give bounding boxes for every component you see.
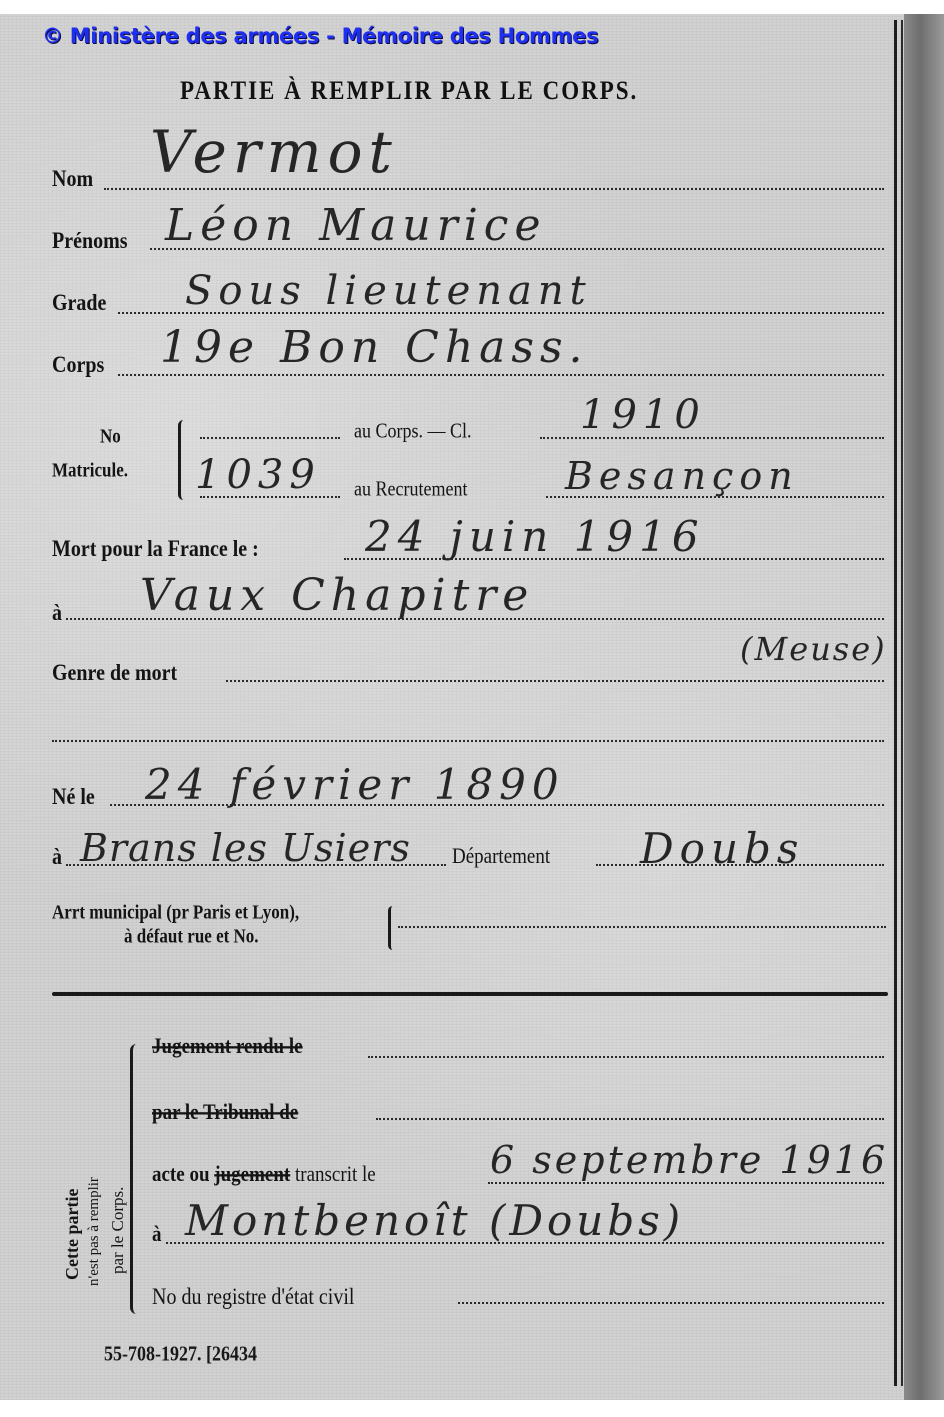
nom-label: Nom <box>52 167 93 193</box>
transcrit-line <box>488 1182 884 1184</box>
transcrit-label-b: jugement <box>214 1163 290 1187</box>
corps-line <box>118 374 884 376</box>
ne-le-label: Né le <box>52 785 95 811</box>
jugement-rendu-line <box>368 1056 884 1058</box>
recrutement-label: au Recrutement <box>354 477 467 501</box>
classe-value: 1910 <box>580 392 706 438</box>
section-divider <box>52 992 888 996</box>
corps-value: 19e Bon Chass. <box>160 322 589 373</box>
transcrit-label-c: transcrit le <box>295 1163 376 1187</box>
corps-label: Corps <box>52 353 104 379</box>
nom-line <box>104 188 884 190</box>
side-note-line-3: par le Corps. <box>108 1187 128 1274</box>
mort-lieu-label: à <box>52 601 62 627</box>
matricule-corps-line <box>200 437 340 439</box>
matricule-label: Matricule. <box>52 459 128 482</box>
jugement-rendu-label: Jugement rendu le <box>152 1035 303 1060</box>
tribunal-label: par le Tribunal de <box>152 1101 298 1126</box>
margin-rule <box>894 20 897 1386</box>
mort-date-value: 24 juin 1916 <box>365 512 705 561</box>
ne-a-value: Brans les Usiers <box>80 826 411 870</box>
arrondissement-line <box>398 926 886 928</box>
mort-lieu-value: Vaux Chapitre <box>140 570 534 621</box>
form-title: PARTIE À REMPLIR PAR LE CORPS. <box>180 76 638 106</box>
mort-date-label: Mort pour la France le : <box>52 537 259 563</box>
transcrit-lieu-value: Montbenoît (Doubs) <box>185 1196 684 1245</box>
side-note: Cette partie n'est pas à remplir par le … <box>46 1080 136 1290</box>
transcrit-label-a: acte ou <box>152 1163 210 1187</box>
genre-mort-line <box>226 680 884 682</box>
arrondissement-label-1: Arrt municipal (pr Paris et Lyon), <box>52 901 299 924</box>
recrutement-value: Besançon <box>565 454 799 498</box>
arrondissement-brace <box>388 906 397 950</box>
copyright-watermark: © Ministère des armées - Mémoire des Hom… <box>42 24 598 48</box>
departement-label: Département <box>452 845 550 870</box>
transcrit-label: acte ou jugement transcrit le <box>152 1163 376 1188</box>
registre-line <box>458 1302 884 1304</box>
matricule-brace <box>178 420 189 500</box>
ne-le-value: 24 février 1890 <box>145 760 565 809</box>
departement-value: Doubs <box>640 824 804 873</box>
jugement-brace <box>130 1044 143 1314</box>
genre-mort-line-2 <box>52 740 884 742</box>
ne-a-label: à <box>52 845 62 871</box>
form-reference-code: 55-708-1927. [26434 <box>104 1342 257 1366</box>
mort-lieu-extra: (Meuse) <box>740 630 887 668</box>
nom-value: Vermot <box>150 118 398 186</box>
prenoms-value: Léon Maurice <box>165 200 546 251</box>
arrondissement-label-2: à défaut rue et No. <box>124 925 259 948</box>
tribunal-line <box>376 1118 884 1120</box>
grade-label: Grade <box>52 291 106 317</box>
prenoms-label: Prénoms <box>52 229 128 255</box>
genre-mort-label: Genre de mort <box>52 661 177 687</box>
margin-rule <box>901 20 903 1386</box>
matricule-no-label: No <box>100 425 121 448</box>
side-note-line-1: Cette partie <box>62 1189 83 1280</box>
registre-label: No du registre d'état civil <box>152 1285 354 1311</box>
transcrit-value: 6 septembre 1916 <box>490 1138 888 1182</box>
grade-value: Sous lieutenant <box>185 268 592 314</box>
matricule-number-value: 1039 <box>195 452 321 498</box>
side-note-line-2: n'est pas à remplir <box>86 1177 103 1286</box>
binding-spine <box>904 14 944 1400</box>
au-corps-label: au Corps. — Cl. <box>354 419 472 443</box>
transcrit-lieu-label: à <box>152 1223 162 1248</box>
